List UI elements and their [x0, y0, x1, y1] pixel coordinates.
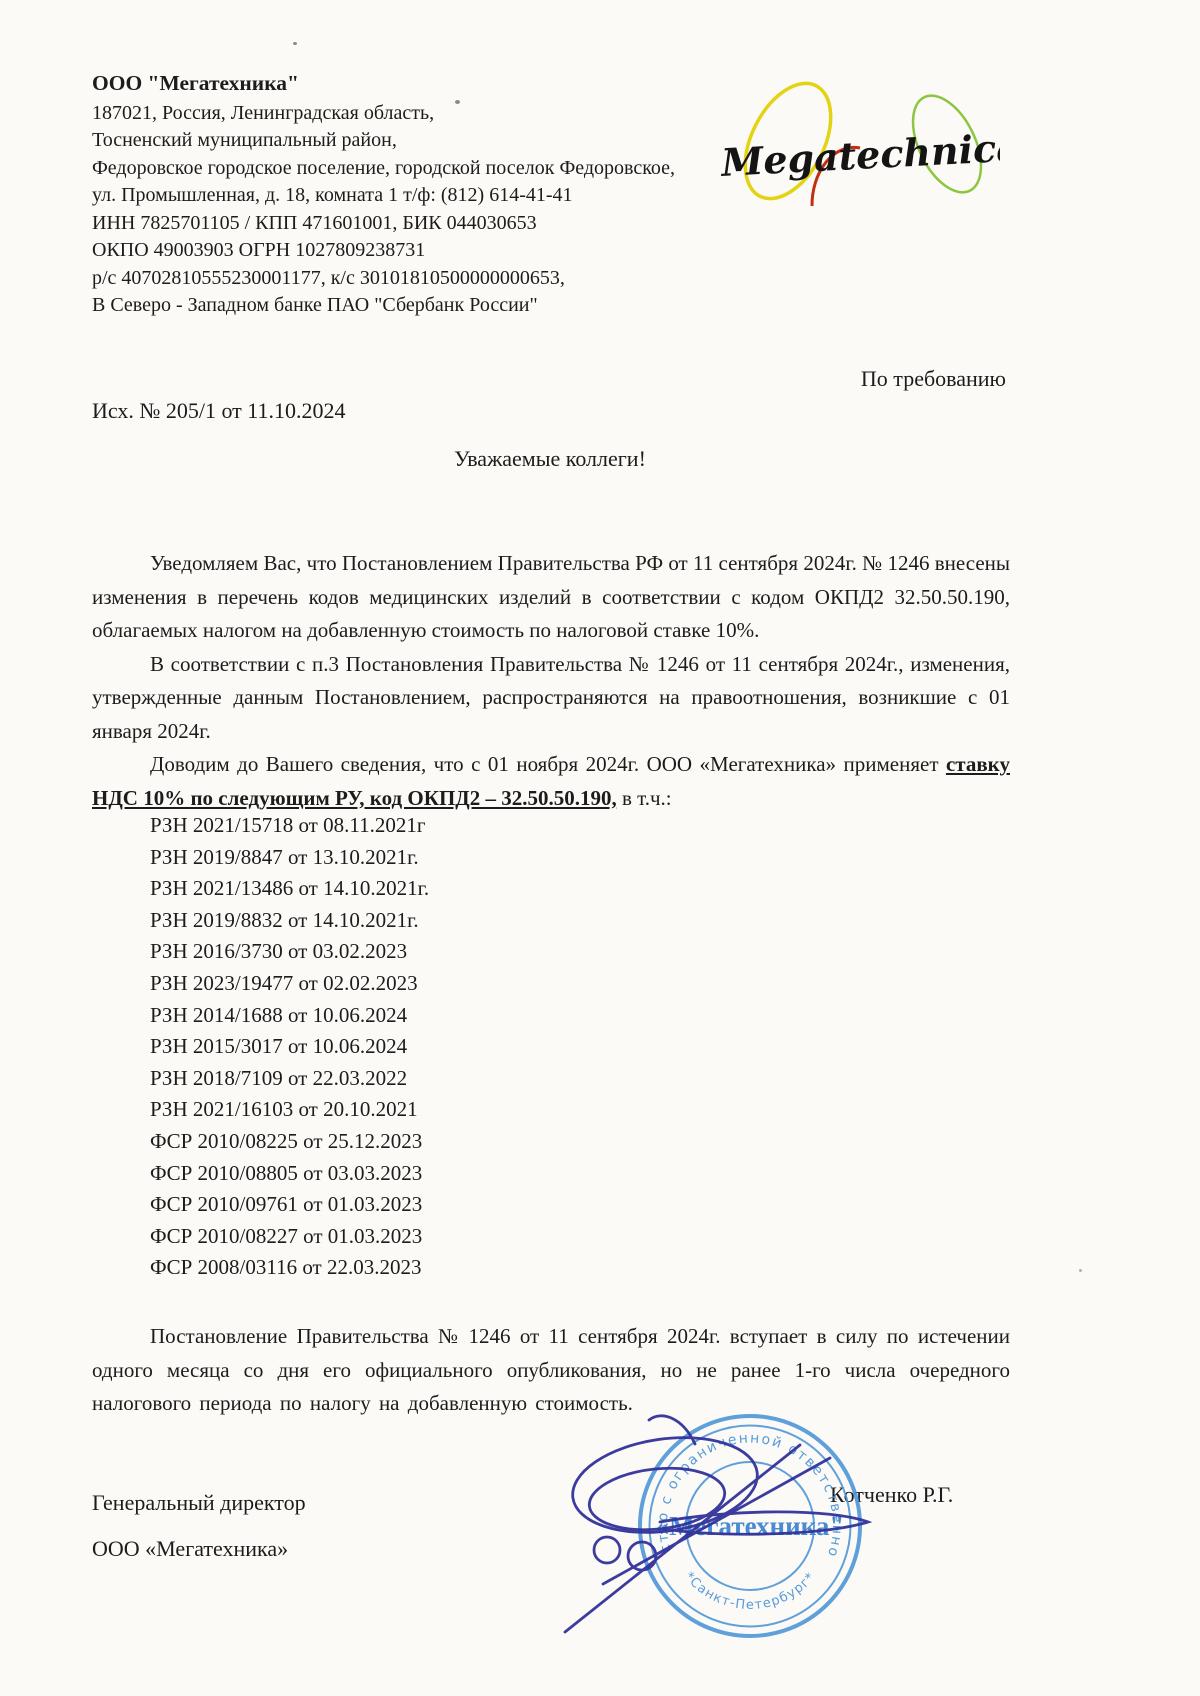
registration-item: РЗН 2023/19477 от 02.02.2023 [150, 968, 429, 1000]
registration-item: РЗН 2021/16103 от 20.10.2021 [150, 1094, 429, 1126]
address-line: Федоровское городское поселение, городск… [92, 155, 712, 183]
registration-item: РЗН 2019/8847 от 13.10.2021г. [150, 842, 429, 874]
company-stamp-icon: Общество с ограниченной ответственностью… [545, 1352, 915, 1682]
address-line: р/с 40702810555230001177, к/с 3010181050… [92, 265, 712, 293]
logo-text: Megatechnica [718, 124, 1000, 185]
registration-item: РЗН 2021/13486 от 14.10.2021г. [150, 873, 429, 905]
address-line: В Северо - Западном банке ПАО "Сбербанк … [92, 292, 712, 320]
signer-title-block: Генеральный директор ООО «Мегатехника» [92, 1480, 306, 1572]
address-line: ИНН 7825701105 / КПП 471601001, БИК 0440… [92, 210, 712, 238]
registration-item: ФСР 2008/03116 от 22.03.2023 [150, 1252, 429, 1284]
registration-item: РЗН 2018/7109 от 22.03.2022 [150, 1063, 429, 1095]
registration-item: ФСР 2010/09761 от 01.03.2023 [150, 1189, 429, 1221]
registration-item: РЗН 2016/3730 от 03.02.2023 [150, 936, 429, 968]
address-line: 187021, Россия, Ленинградская область, [92, 100, 712, 128]
svg-text:*Санкт-Петербург*: *Санкт-Петербург* [681, 1570, 819, 1613]
signer-company: ООО «Мегатехника» [92, 1526, 306, 1572]
paragraph-3: Доводим до Вашего сведения, что с 01 ноя… [92, 748, 1010, 815]
company-logo: Megatechnica [660, 68, 1000, 218]
address-line: ОКПО 49003903 ОГРН 1027809238731 [92, 237, 712, 265]
stamp-ring-text-bottom: *Санкт-Петербург* [681, 1570, 819, 1613]
paragraph-1: Уведомляем Вас, что Постановлением Прави… [92, 547, 1010, 648]
registration-item: РЗН 2021/15718 от 08.11.2021г [150, 810, 429, 842]
paragraph-3-tail: в т.ч.: [617, 786, 672, 810]
scan-artifact [293, 42, 297, 45]
signer-position: Генеральный директор [92, 1480, 306, 1526]
salutation: Уважаемые коллеги! [0, 446, 1100, 472]
registration-item: ФСР 2010/08805 от 03.03.2023 [150, 1158, 429, 1190]
stamp-and-signature: Общество с ограниченной ответственностью… [545, 1352, 915, 1682]
company-header: ООО "Мегатехника" 187021, Россия, Ленинг… [92, 70, 712, 320]
registration-item: ФСР 2010/08227 от 01.03.2023 [150, 1221, 429, 1253]
outgoing-number: Исх. № 205/1 от 11.10.2024 [92, 398, 345, 424]
scan-artifact [1079, 1269, 1082, 1272]
logo-swirl-icon: Megatechnica [660, 68, 1000, 218]
requirement-note: По требованию [861, 366, 1006, 392]
registration-item: РЗН 2019/8832 от 14.10.2021г. [150, 905, 429, 937]
address-line: ул. Промышленная, д. 18, комната 1 т/ф: … [92, 182, 712, 210]
registration-list: РЗН 2021/15718 от 08.11.2021гРЗН 2019/88… [150, 810, 429, 1284]
registration-item: ФСР 2010/08225 от 25.12.2023 [150, 1126, 429, 1158]
registration-item: РЗН 2015/3017 от 10.06.2024 [150, 1031, 429, 1063]
paragraph-2: В соответствии с п.3 Постановления Прави… [92, 648, 1010, 749]
letter-body: Уведомляем Вас, что Постановлением Прави… [92, 547, 1010, 815]
paragraph-3-lead: Доводим до Вашего сведения, что с 01 ноя… [150, 752, 946, 776]
letter-page: ООО "Мегатехника" 187021, Россия, Ленинг… [0, 0, 1200, 1696]
registration-item: РЗН 2014/1688 от 10.06.2024 [150, 1000, 429, 1032]
company-name: ООО "Мегатехника" [92, 70, 712, 98]
address-line: Тосненский муниципальный район, [92, 127, 712, 155]
scan-artifact [455, 100, 460, 104]
